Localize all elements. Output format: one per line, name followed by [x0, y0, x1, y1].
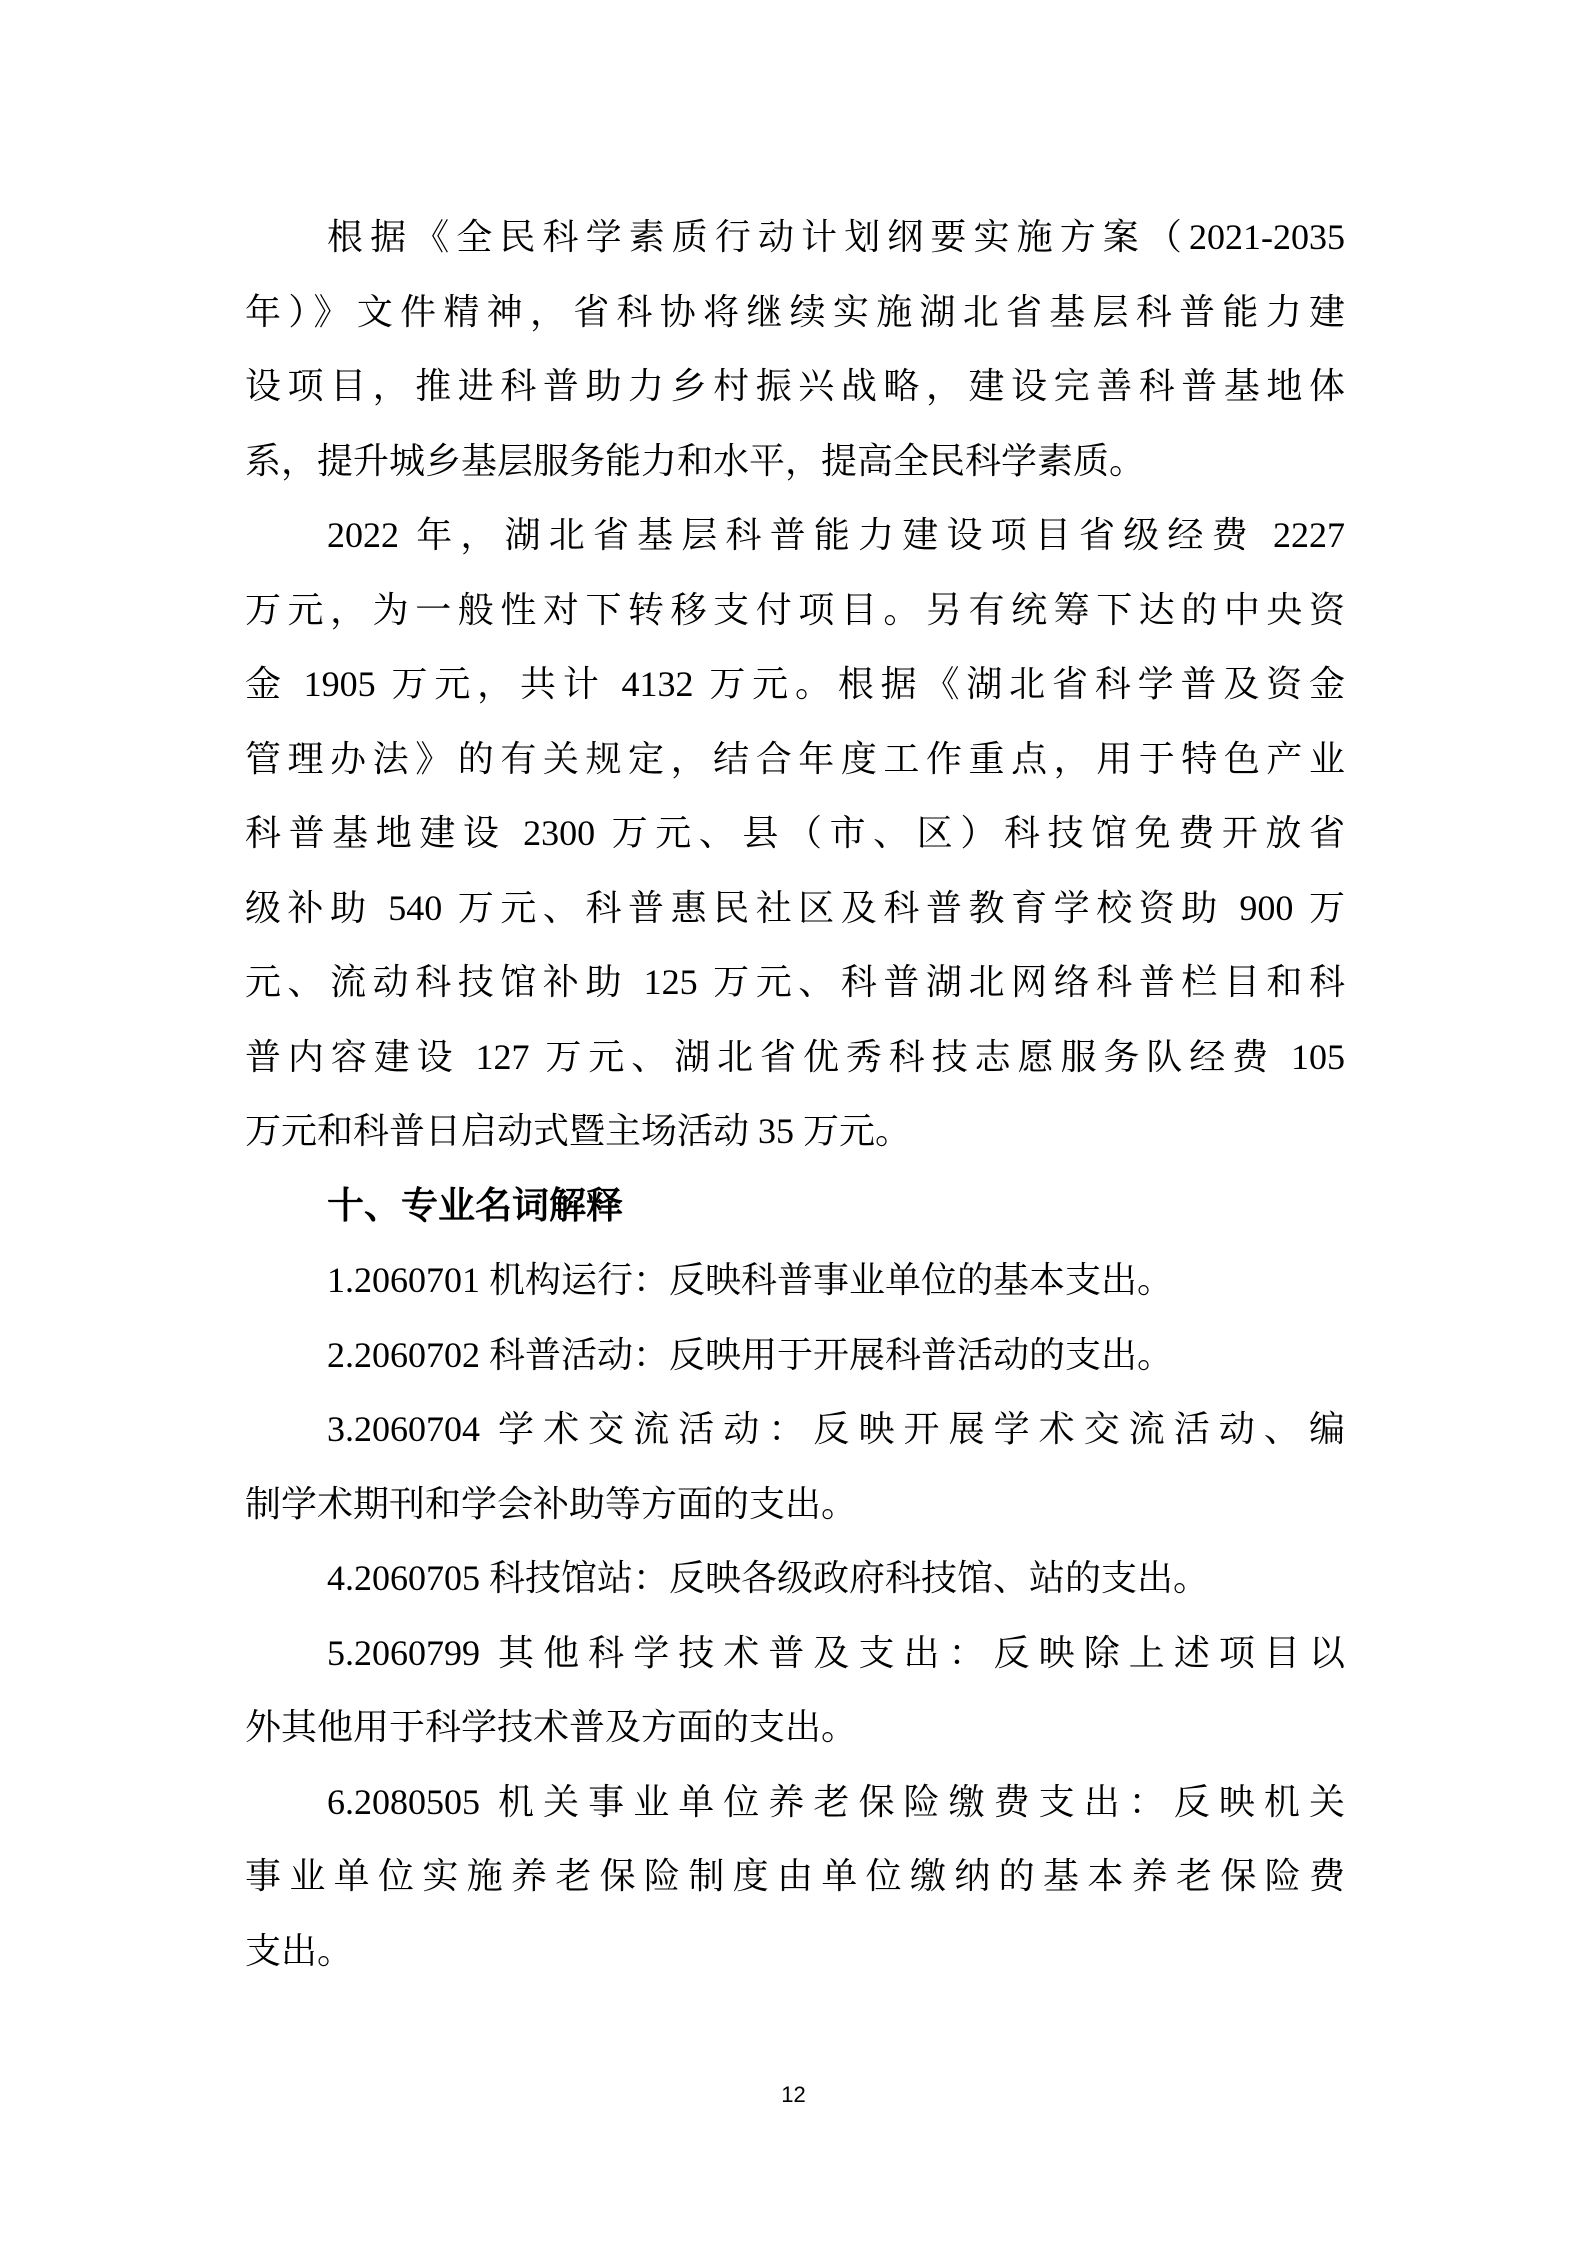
definition-line: 6.2080505 机关事业单位养老保险缴费支出：反映机关	[245, 1765, 1345, 1840]
definition-item: 4.2060705 科技馆站：反映各级政府科技馆、站的支出。	[245, 1541, 1345, 1616]
definition-line: 2.2060702 科普活动：反映用于开展科普活动的支出。	[245, 1318, 1345, 1393]
plan-paragraph: 根据《全民科学素质行动计划纲要实施方案（2021-2035 年）》文件精神，省科…	[245, 200, 1345, 498]
paragraph-line: 万元和科普日启动式暨主场活动 35 万元。	[245, 1094, 1345, 1169]
paragraph-line: 万元，为一般性对下转移支付项目。另有统筹下达的中央资	[245, 573, 1345, 648]
definition-item: 1.2060701 机构运行：反映科普事业单位的基本支出。	[245, 1243, 1345, 1318]
paragraph-line: 科普基地建设 2300 万元、县（市、区）科技馆免费开放省	[245, 796, 1345, 871]
document-body: 根据《全民科学素质行动计划纲要实施方案（2021-2035 年）》文件精神，省科…	[245, 200, 1345, 1988]
definition-line: 制学术期刊和学会补助等方面的支出。	[245, 1467, 1345, 1542]
definition-item: 5.2060799 其他科学技术普及支出：反映除上述项目以 外其他用于科学技术普…	[245, 1616, 1345, 1765]
paragraph-line: 元、流动科技馆补助 125 万元、科普湖北网络科普栏目和科	[245, 945, 1345, 1020]
definition-line: 事业单位实施养老保险制度由单位缴纳的基本养老保险费	[245, 1839, 1345, 1914]
section-heading: 十、专业名词解释	[245, 1169, 1345, 1244]
paragraph-line: 普内容建设 127 万元、湖北省优秀科技志愿服务队经费 105	[245, 1020, 1345, 1095]
page-number: 12	[0, 2082, 1587, 2108]
funding-paragraph: 2022 年，湖北省基层科普能力建设项目省级经费 2227 万元，为一般性对下转…	[245, 498, 1345, 1169]
paragraph-line: 2022 年，湖北省基层科普能力建设项目省级经费 2227	[245, 498, 1345, 573]
paragraph-line: 设项目，推进科普助力乡村振兴战略，建设完善科普基地体	[245, 349, 1345, 424]
definition-line: 4.2060705 科技馆站：反映各级政府科技馆、站的支出。	[245, 1541, 1345, 1616]
definition-line: 外其他用于科学技术普及方面的支出。	[245, 1690, 1345, 1765]
definition-item: 3.2060704 学术交流活动：反映开展学术交流活动、编 制学术期刊和学会补助…	[245, 1392, 1345, 1541]
paragraph-line: 系，提升城乡基层服务能力和水平，提高全民科学素质。	[245, 424, 1345, 499]
definition-line: 1.2060701 机构运行：反映科普事业单位的基本支出。	[245, 1243, 1345, 1318]
paragraph-line: 管理办法》的有关规定，结合年度工作重点，用于特色产业	[245, 722, 1345, 797]
paragraph-line: 年）》文件精神，省科协将继续实施湖北省基层科普能力建	[245, 275, 1345, 350]
paragraph-line: 金 1905 万元，共计 4132 万元。根据《湖北省科学普及资金	[245, 647, 1345, 722]
definition-line: 3.2060704 学术交流活动：反映开展学术交流活动、编	[245, 1392, 1345, 1467]
definition-line: 支出。	[245, 1914, 1345, 1989]
paragraph-line: 级补助 540 万元、科普惠民社区及科普教育学校资助 900 万	[245, 871, 1345, 946]
paragraph-line: 根据《全民科学素质行动计划纲要实施方案（2021-2035	[245, 200, 1345, 275]
definition-item: 2.2060702 科普活动：反映用于开展科普活动的支出。	[245, 1318, 1345, 1393]
definition-line: 5.2060799 其他科学技术普及支出：反映除上述项目以	[245, 1616, 1345, 1691]
definition-item: 6.2080505 机关事业单位养老保险缴费支出：反映机关 事业单位实施养老保险…	[245, 1765, 1345, 1989]
